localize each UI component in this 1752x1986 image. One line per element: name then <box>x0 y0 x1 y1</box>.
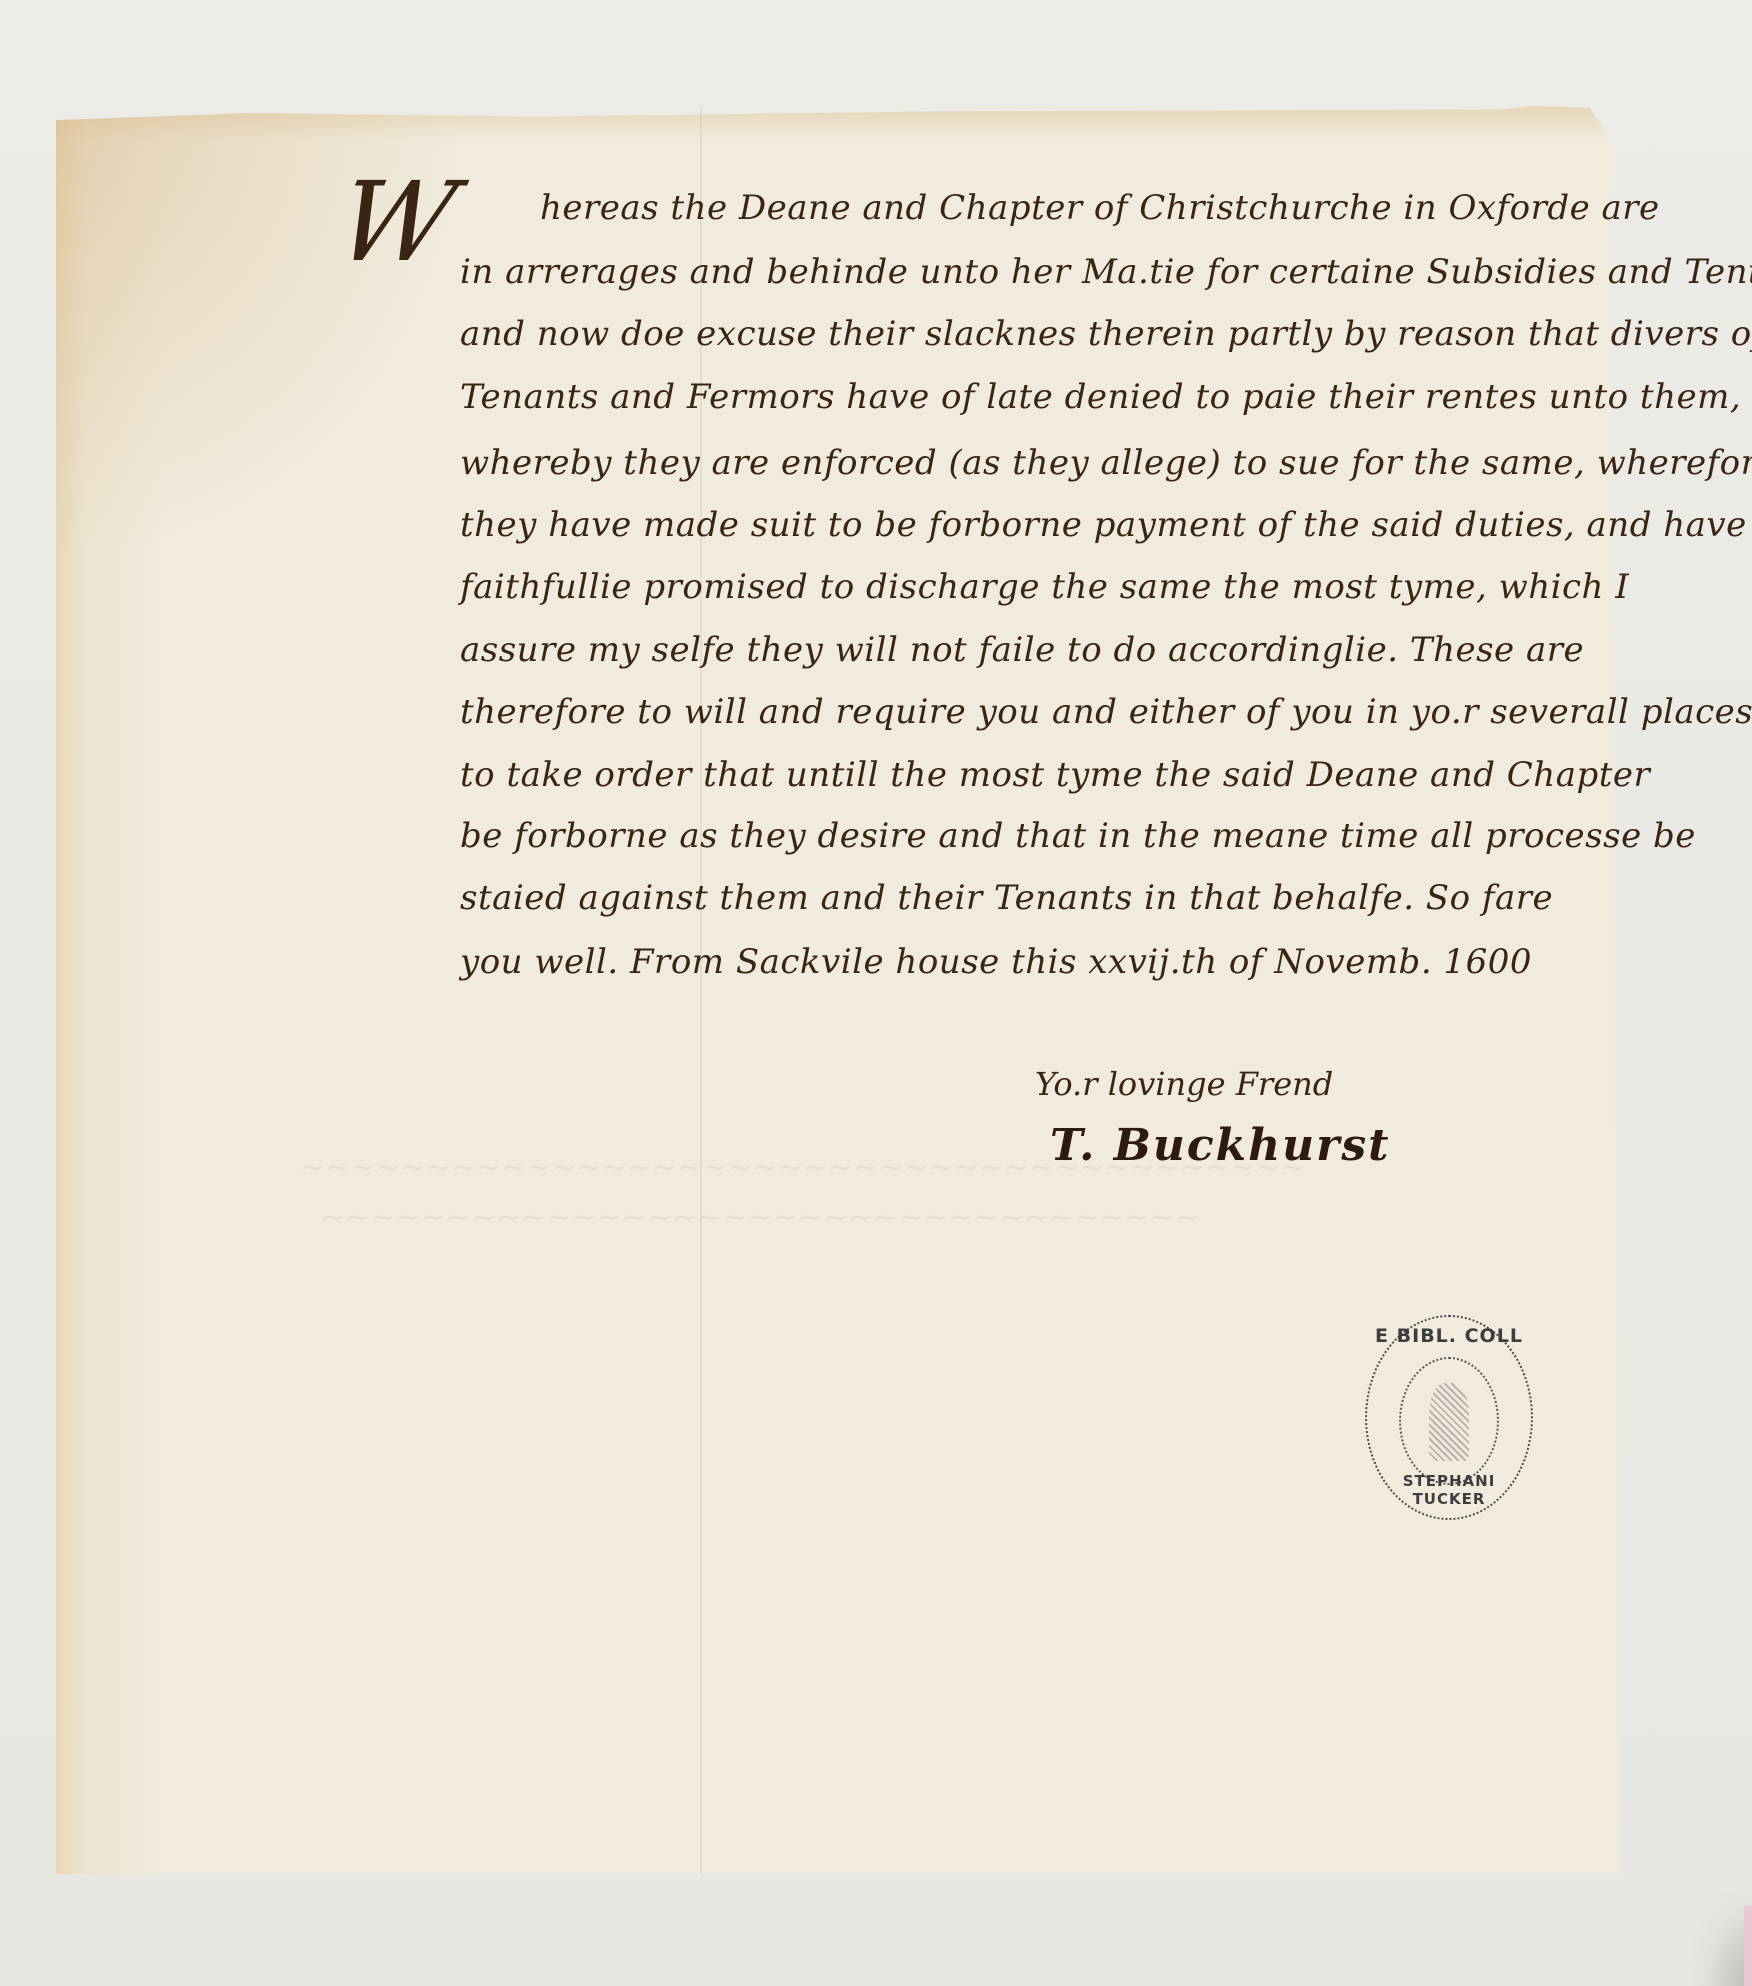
letter-line-10: to take order that untill the most tyme … <box>460 755 1650 795</box>
letter-line-9: therefore to will and require you and ei… <box>460 692 1752 732</box>
show-through-offset-text: ~~~~~~~~~~~~~~~~~~~~~~~~~~~~~~~~~~~~~~~~ <box>300 1150 1305 1185</box>
show-through-offset-text: ~~~~~~~~~~~~~~~~~~~~~~~~~~~~~~~~~~~ <box>320 1200 1200 1235</box>
letter-closing: Yo.r lovinge Frend <box>1035 1065 1333 1103</box>
letter-line-4: Tenants and Fermors have of late denied … <box>460 377 1741 417</box>
manuscript-page <box>56 106 1662 1874</box>
letter-line-2: in arrerages and behinde unto her Ma.tie… <box>460 252 1752 292</box>
seated-figure-icon <box>1429 1383 1469 1461</box>
letter-line-6: they have made suit to be forborne payme… <box>460 505 1747 545</box>
letter-line-3: and now doe excuse their slacknes therei… <box>460 314 1752 354</box>
stamp-inner-oval <box>1399 1357 1499 1485</box>
corner-shadow <box>1692 1891 1752 1986</box>
letter-line-7: faithfullie promised to discharge the sa… <box>460 567 1629 607</box>
library-stamp: E BIBL. COLL STEPHANI TUCKER <box>1365 1315 1533 1520</box>
stamp-top-text: E BIBL. COLL <box>1367 1325 1531 1347</box>
paper-fold-line <box>700 106 702 1874</box>
pink-edge-strip <box>1744 1906 1752 1986</box>
letter-line-5: whereby they are enforced (as they alleg… <box>460 443 1752 483</box>
letter-line-8: assure my selfe they will not faile to d… <box>460 630 1584 670</box>
stamp-bottom-text: STEPHANI TUCKER <box>1367 1472 1531 1508</box>
letter-line-1: hereas the Deane and Chapter of Christch… <box>540 188 1660 228</box>
letter-line-13: you well. From Sackvile house this xxvij… <box>460 942 1532 982</box>
letter-line-11: be forborne as they desire and that in t… <box>460 816 1696 856</box>
letter-line-12: staied against them and their Tenants in… <box>460 878 1553 918</box>
